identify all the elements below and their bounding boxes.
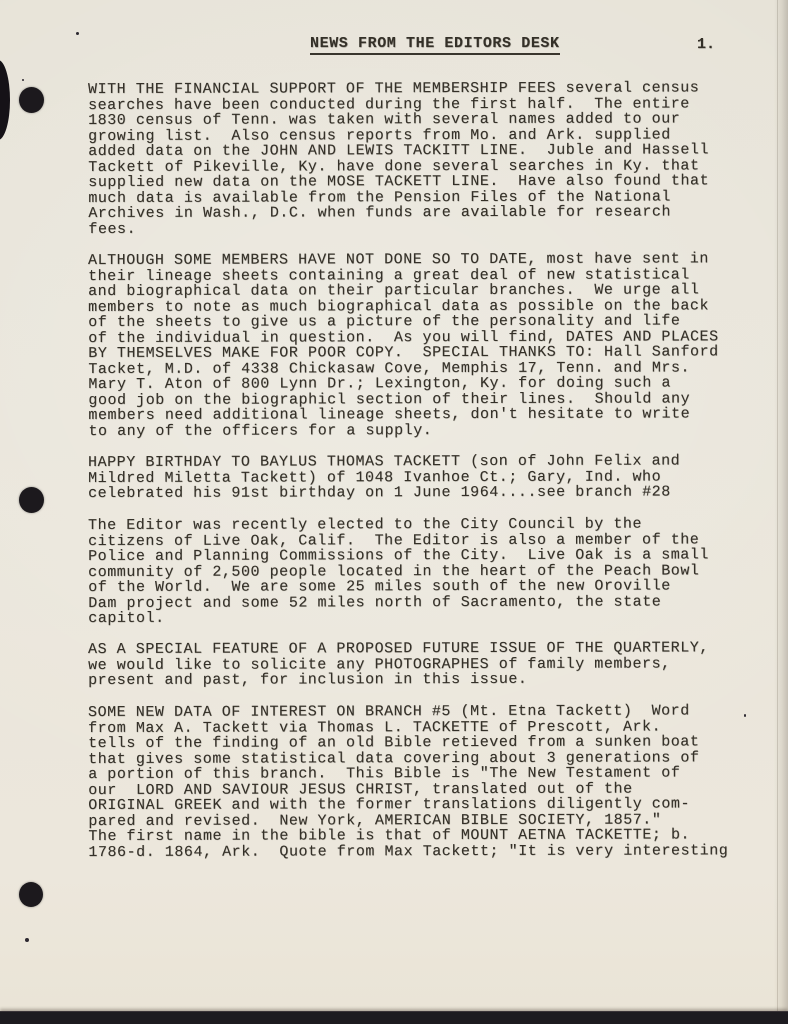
hole-punch-middle xyxy=(19,487,44,513)
hole-punch-bottom xyxy=(19,882,43,907)
paragraph-branch-5-bible: SOME NEW DATA OF INTEREST ON BRANCH #5 (… xyxy=(88,703,753,860)
page-header: NEWS FROM THE EDITORS DESK 1. xyxy=(0,33,788,57)
scan-edge-bar xyxy=(0,1011,788,1024)
scanned-newsletter-page: NEWS FROM THE EDITORS DESK 1. WITH THE F… xyxy=(0,0,788,1024)
hole-punch-top xyxy=(19,87,44,113)
paper-speck xyxy=(22,79,24,81)
paragraph-photo-solicitation: AS A SPECIAL FEATURE OF A PROPOSED FUTUR… xyxy=(88,640,753,688)
paragraph-membership-fees: WITH THE FINANCIAL SUPPORT OF THE MEMBER… xyxy=(88,80,753,237)
paragraph-happy-birthday: HAPPY BIRTHDAY TO BAYLUS THOMAS TACKETT … xyxy=(88,453,753,501)
page-number: 1. xyxy=(697,36,715,53)
paragraph-editor-city-council: The Editor was recently elected to the C… xyxy=(88,516,753,626)
scan-ink-blob xyxy=(0,60,10,140)
paper-edge-line xyxy=(777,0,778,1024)
page-title: NEWS FROM THE EDITORS DESK xyxy=(310,35,560,55)
document-body: WITH THE FINANCIAL SUPPORT OF THE MEMBER… xyxy=(88,82,753,876)
paper-speck xyxy=(25,938,29,942)
paragraph-lineage-sheets: ALTHOUGH SOME MEMBERS HAVE NOT DONE SO T… xyxy=(88,251,753,439)
